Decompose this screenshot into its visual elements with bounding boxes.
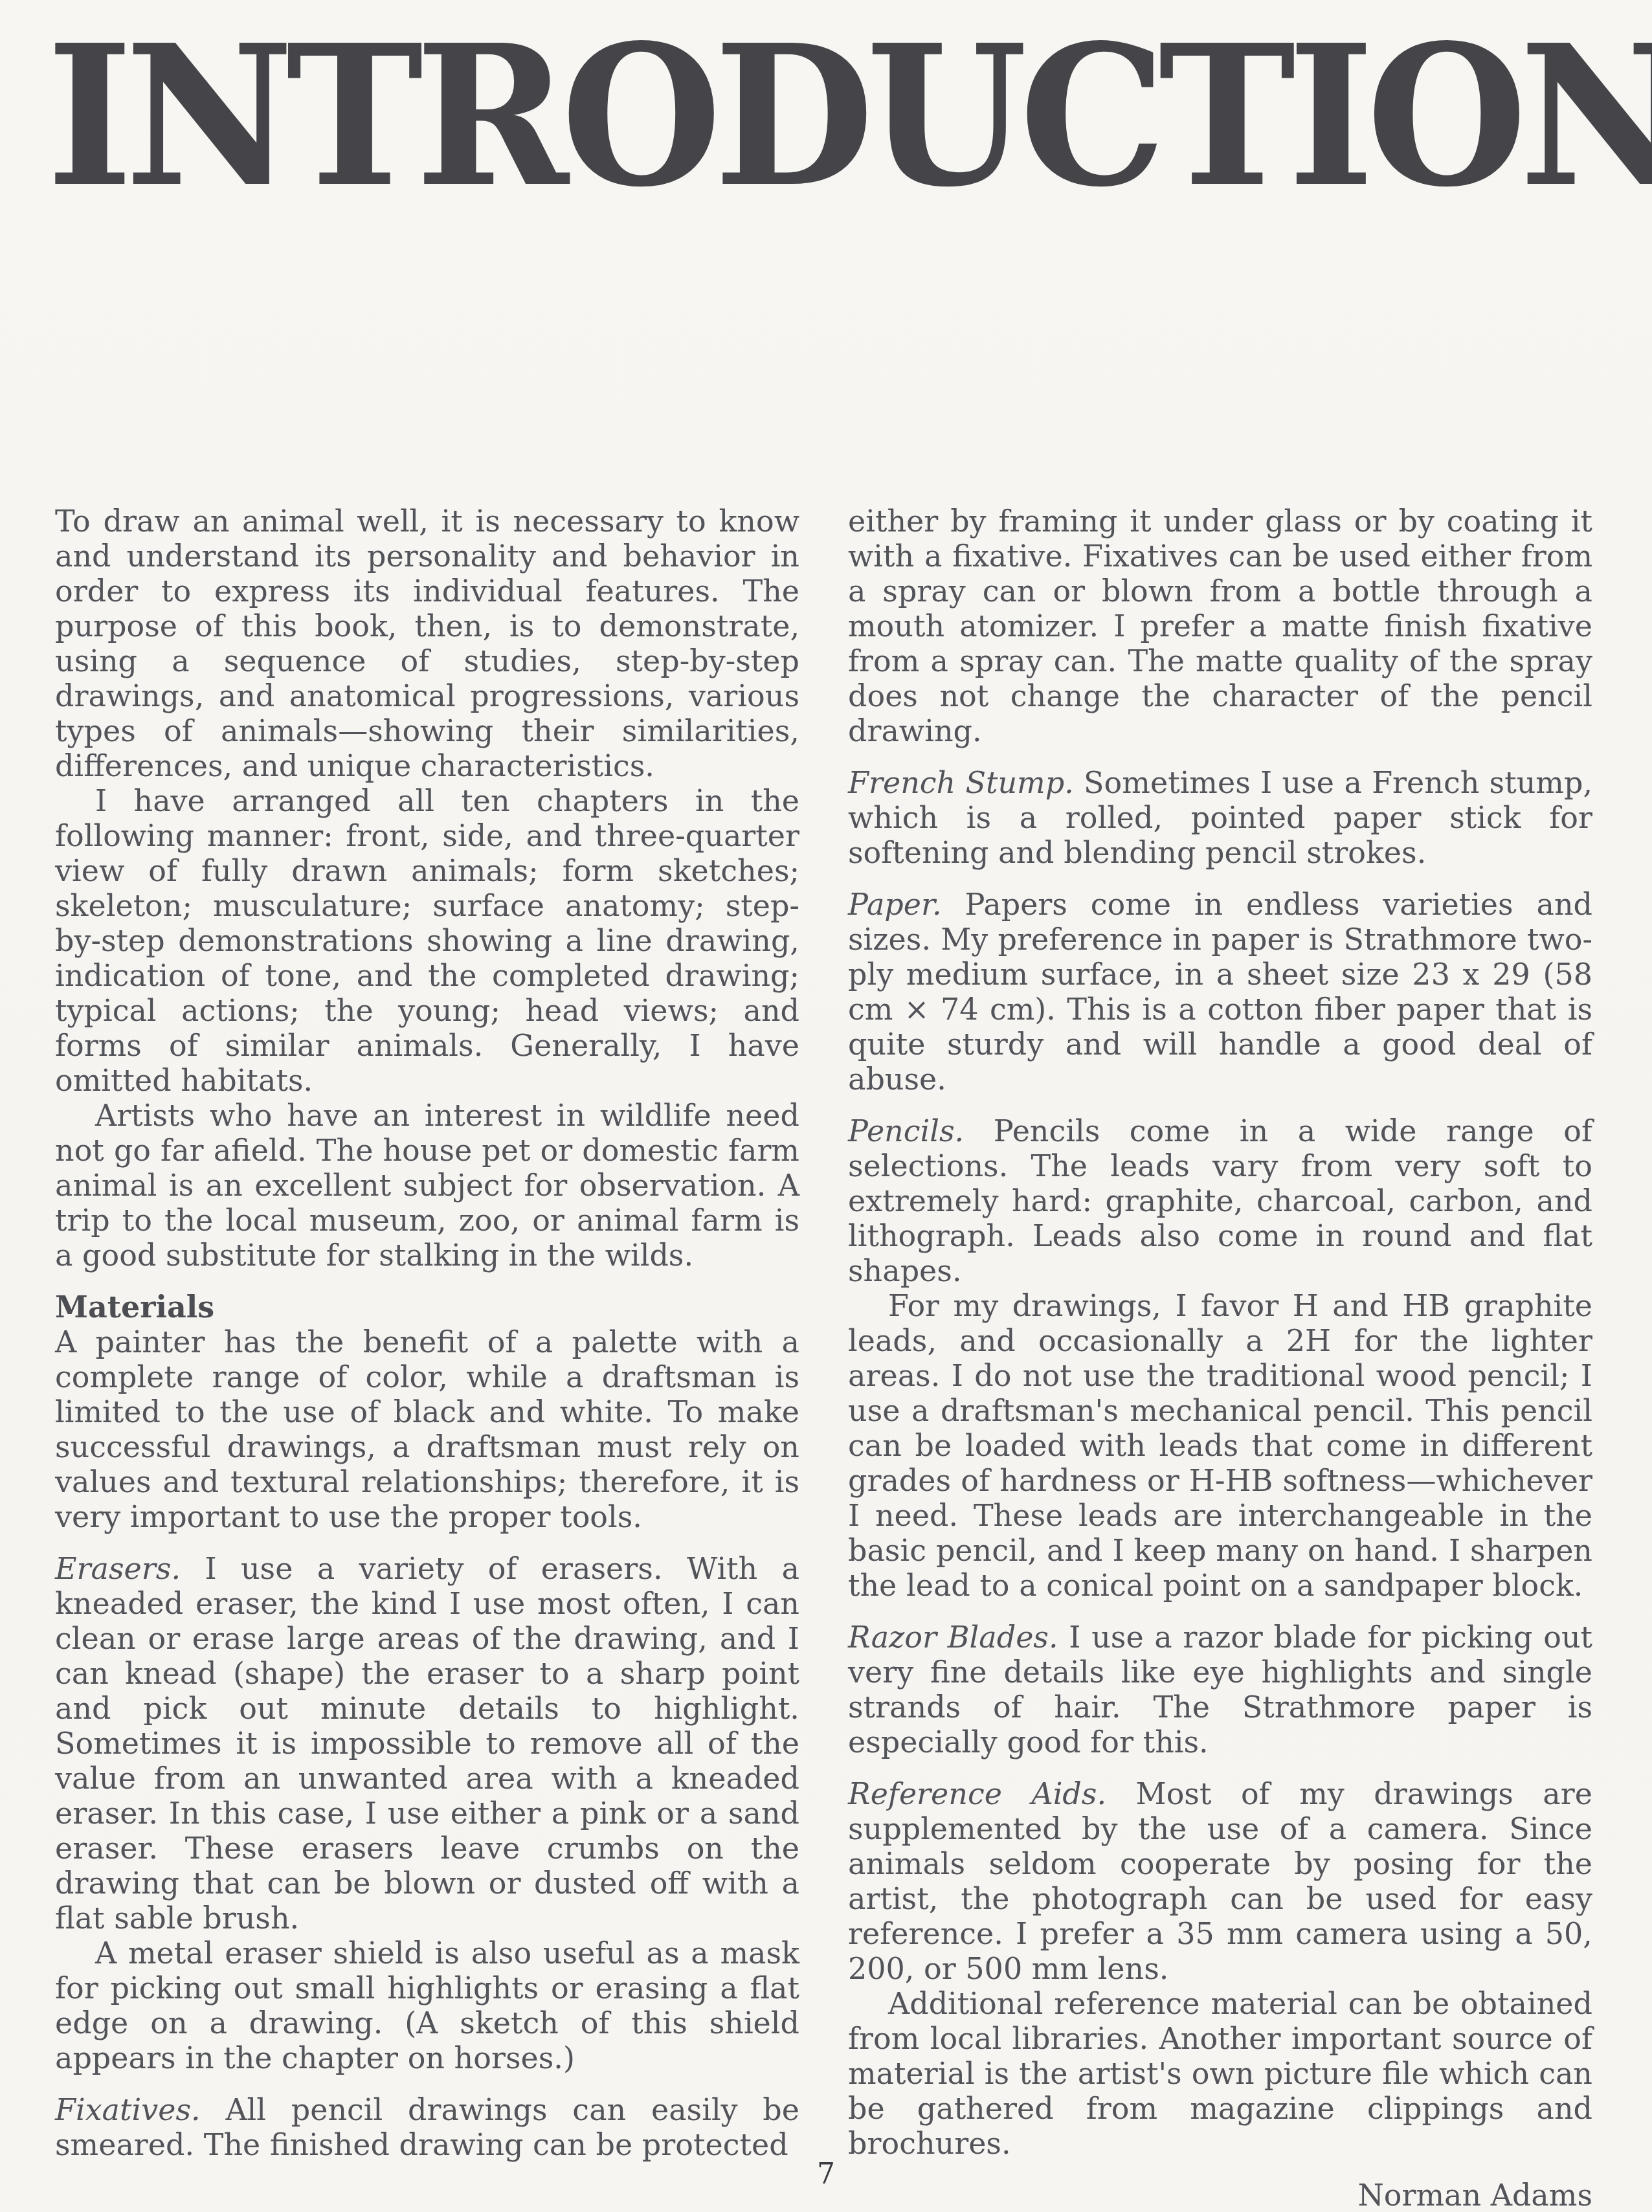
pencils-lead: Pencils. [848,1113,964,1148]
razor-blades-paragraph: Razor Blades. I use a razor blade for pi… [848,1620,1592,1760]
fixatives-lead: Fixatives. [55,2092,201,2127]
reference-aids-lead: Reference Aids. [848,1776,1106,1811]
paper-paragraph: Paper. Papers come in endless varieties … [848,887,1592,1097]
right-column: either by framing it under glass or by c… [848,504,1592,2212]
chapters-paragraph: I have arranged all ten chapters in the … [55,783,799,1098]
paper-text: Papers come in endless varieties and siz… [848,887,1592,1097]
paper-lead: Paper. [848,887,942,922]
book-page: INTRODUCTION To draw an animal well, it … [0,0,1652,2212]
leads-paragraph: For my drawings, I favor H and HB graphi… [848,1288,1592,1603]
erasers-text: I use a variety of erasers. With a knead… [55,1551,799,1936]
pencils-paragraph: Pencils. Pencils come in a wide range of… [848,1113,1592,1288]
fixatives-continuation-paragraph: either by framing it under glass or by c… [848,504,1592,748]
eraser-shield-paragraph: A metal eraser shield is also useful as … [55,1936,799,2075]
reference-aids-paragraph: Reference Aids. Most of my drawings are … [848,1776,1592,1986]
erasers-lead: Erasers. [55,1551,181,1586]
additional-reference-paragraph: Additional reference material can be obt… [848,1986,1592,2161]
french-stump-lead: French Stump. [848,765,1074,800]
wildlife-paragraph: Artists who have an interest in wildlife… [55,1098,799,1273]
page-title: INTRODUCTION [47,19,1613,213]
razor-blades-lead: Razor Blades. [848,1620,1058,1655]
painter-paragraph: A painter has the benefit of a palette w… [55,1324,799,1534]
erasers-paragraph: Erasers. I use a variety of erasers. Wit… [55,1551,799,1936]
intro-paragraph: To draw an animal well, it is necessary … [55,504,799,783]
left-column: To draw an animal well, it is necessary … [55,504,799,2162]
french-stump-paragraph: French Stump. Sometimes I use a French s… [848,765,1592,870]
materials-heading: Materials [55,1290,799,1324]
page-number: 7 [0,2158,1652,2191]
fixatives-paragraph: Fixatives. All pencil drawings can easil… [55,2092,799,2162]
